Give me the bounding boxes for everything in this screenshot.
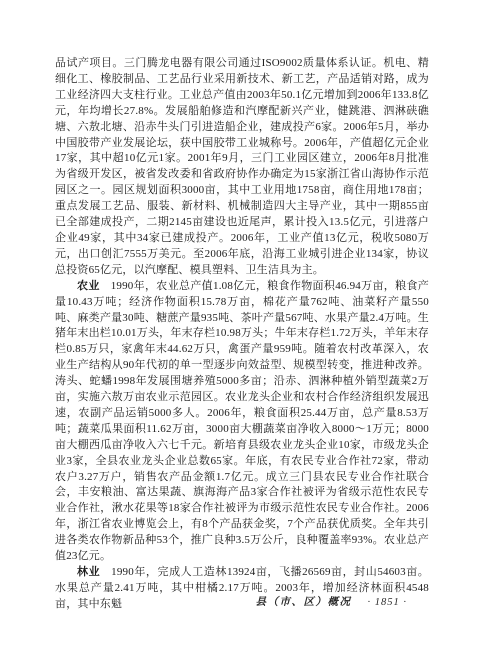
section-heading-agriculture: 农业: [77, 280, 100, 292]
paragraph-agriculture: 农业1990年，农业总产值1.08亿元，粮食作物面积46.94万亩，粮食产量10…: [55, 279, 429, 565]
paragraph-text: 品试产项目。三门腾龙电器有限公司通过ISO9002质量体系认证。机电、精细化工、…: [55, 57, 429, 276]
document-page: 品试产项目。三门腾龙电器有限公司通过ISO9002质量体系认证。机电、精细化工、…: [0, 0, 480, 651]
page-body-text: 品试产项目。三门腾龙电器有限公司通过ISO9002质量体系认证。机电、精细化工、…: [55, 56, 429, 613]
page-number: · 1851 ·: [368, 597, 408, 608]
footer-section-label: 县（市、区）概况: [256, 597, 352, 608]
paragraph-text: 1990年，农业总产值1.08亿元，粮食作物面积46.94万亩，粮食产量10.4…: [55, 280, 429, 562]
paragraph-industry-continued: 品试产项目。三门腾龙电器有限公司通过ISO9002质量体系认证。机电、精细化工、…: [55, 56, 429, 279]
page-footer: 县（市、区）概况· 1851 ·: [256, 594, 408, 609]
section-heading-forestry: 林业: [77, 566, 100, 578]
